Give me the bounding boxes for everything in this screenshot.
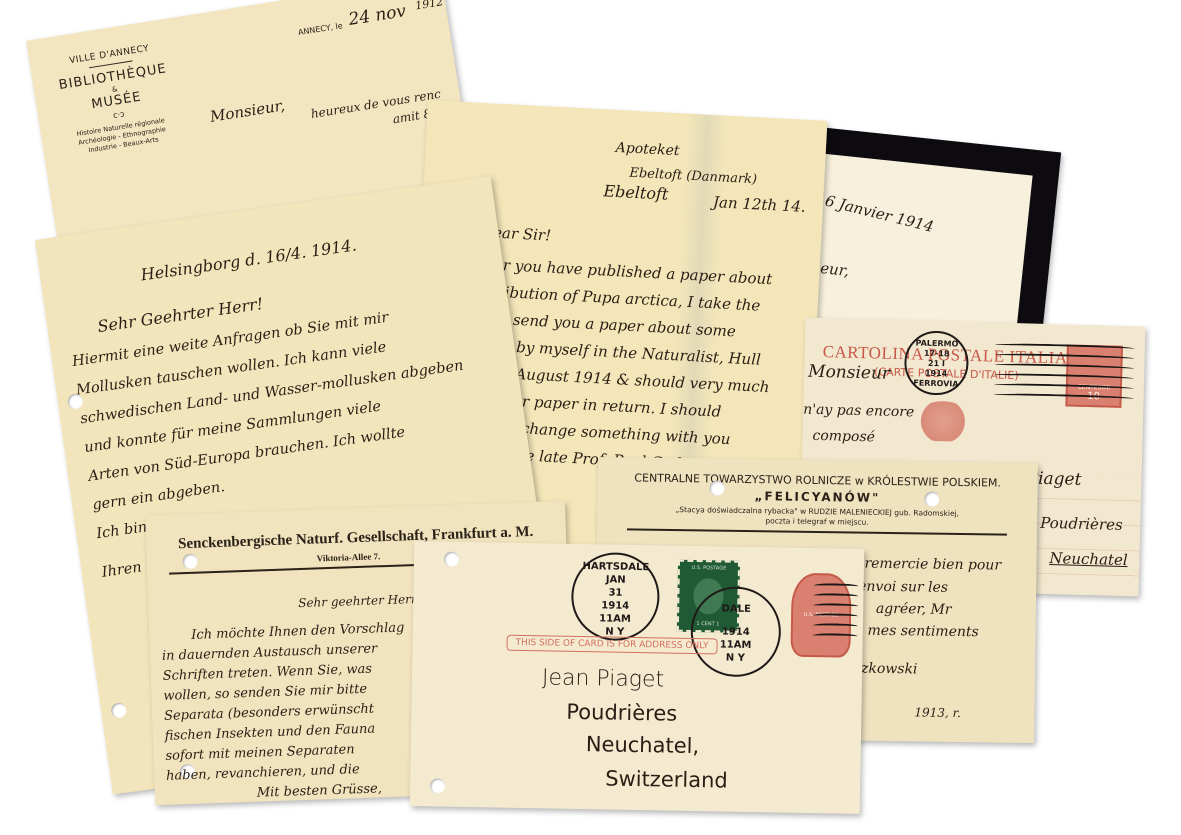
- header-address: Viktoria-Allee 7.: [316, 551, 380, 563]
- address-side-notice: THIS SIDE OF CARD IS FOR ADDRESS ONLY: [506, 635, 717, 655]
- date-handwritten: 24 nov: [347, 1, 407, 30]
- us-postcard-to-piaget: HARTSDALE JAN 31 1914 11AM N Y U.S. POST…: [410, 541, 865, 814]
- postmark-hartsdale-2: DALE 1914 11AM N Y: [690, 586, 782, 678]
- date-prefix: ANNECY, le: [297, 21, 343, 37]
- postmark-city: DALE: [693, 602, 779, 616]
- handwriting: mes sentiments: [867, 623, 978, 641]
- handwriting: agréer, Mr: [876, 601, 952, 618]
- punch-hole: [924, 492, 939, 507]
- postmark-city: HARTSDALE: [574, 560, 658, 574]
- punch-hole: [110, 702, 127, 719]
- address-line: Poudrières: [566, 700, 677, 726]
- date: 1913, r.: [914, 705, 961, 720]
- handwriting: envoi sur les: [858, 579, 948, 596]
- date: Helsingborg d. 16/4. 1914.: [140, 235, 358, 284]
- punch-hole: [430, 778, 445, 793]
- punch-hole: [182, 554, 198, 570]
- header-place-2: Ebeltoft: [603, 181, 669, 203]
- punch-hole: [444, 552, 459, 567]
- address-name: Jean Piaget: [542, 665, 665, 692]
- handwriting: Neuchatel: [1049, 549, 1128, 569]
- handwriting: composé: [812, 428, 875, 446]
- salutation: Sehr geehrter Herr: [298, 592, 417, 610]
- address-country: Switzerland: [605, 766, 728, 792]
- handwriting: Monsieur: [808, 362, 890, 384]
- year-handwritten: 1912: [414, 0, 444, 12]
- letter-body: Ich möchte Ihnen den Vorschlag in dauern…: [161, 618, 410, 805]
- postmark-hartsdale: HARTSDALE JAN 31 1914 11AM N Y: [571, 552, 661, 642]
- postmark-palermo: PALERMO 17-18 21 I 1914 FERROVIA: [904, 330, 970, 396]
- signature: zkowski: [861, 661, 918, 678]
- header-rule: [627, 528, 1007, 535]
- salutation: Monsieur,: [209, 96, 286, 126]
- handwriting: n'ay pas encore: [803, 402, 914, 421]
- postmark-bottom: FERROVIA: [906, 378, 966, 390]
- handwriting: Poudrières: [1040, 514, 1123, 534]
- stamp-label: U.S. POSTAGE: [691, 565, 726, 572]
- handwriting: remercie bien pour: [864, 556, 1001, 574]
- date: Jan 12th 14.: [713, 193, 807, 216]
- address-line: Neuchatel,: [586, 732, 700, 758]
- coat-of-arms-icon: [912, 400, 973, 442]
- header-apoteket: Apoteket: [615, 140, 680, 159]
